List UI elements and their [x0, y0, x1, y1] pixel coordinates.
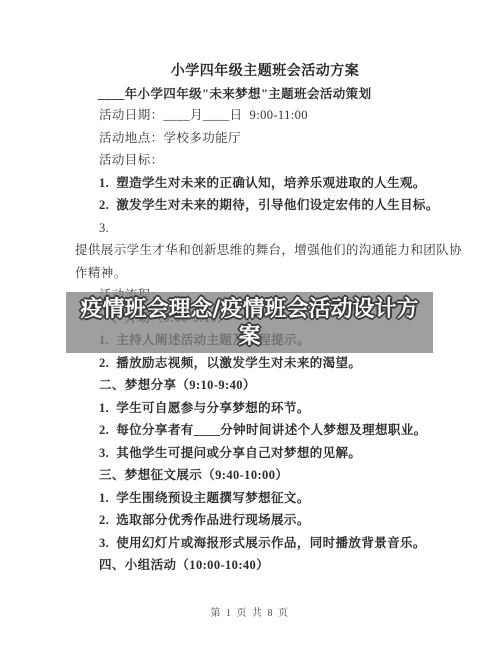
- doc-line-section-3-item-3: 3. 使用幻灯片或海报形式展示作品，同时播放背景音乐。: [99, 536, 426, 550]
- document-page: 小学四年级主题班会活动方案 ____年小学四年级"未来梦想"主题班会活动策划 活…: [0, 0, 500, 647]
- doc-subtitle: ____年小学四年级"未来梦想"主题班会活动策划: [98, 84, 371, 102]
- doc-line-section-2-item-1: 1. 学生可自愿参与分享梦想的环节。: [99, 401, 310, 415]
- doc-line-activity-place: 活动地点：学校多功能厅: [99, 131, 241, 145]
- page-number: 第 1 页 共 8 页: [0, 604, 500, 619]
- doc-line-goal-3-text-cont: 作精神。: [75, 266, 127, 280]
- doc-line-goals-heading: 活动目标：: [99, 153, 164, 167]
- doc-line-activity-date: 活动日期：____月____日 9:00-11:00: [99, 108, 308, 122]
- doc-line-section-2-item-3: 3. 其他学生可提问或分享自己对梦想的见解。: [99, 446, 361, 460]
- doc-line-goal-3-text: 提供展示学生才华和创新思维的舞台，增强他们的沟通能力和团队协: [75, 243, 462, 257]
- doc-line-section-3-item-2: 2. 选取部分优秀作品进行现场展示。: [99, 513, 310, 527]
- doc-line-goal-2: 2. 激发学生对未来的期待，引导他们设定宏伟的人生目标。: [99, 198, 439, 212]
- watermark-band: 疫情班会理念/疫情班会活动设计方 案: [66, 292, 433, 353]
- doc-line-section-4: 四、小组活动（10:00-10:40）: [99, 558, 269, 572]
- doc-line-section-2-item-2: 2. 每位分享者有____分钟时间讲述个人梦想及理想职业。: [99, 423, 427, 437]
- doc-title: 小学四年级主题班会活动方案: [100, 60, 430, 80]
- watermark-text-line1: 疫情班会理念/疫情班会活动设计方: [80, 296, 418, 323]
- watermark-text-line2: 案: [238, 323, 260, 350]
- doc-line-goal-3-marker: 3.: [99, 221, 109, 235]
- doc-line-section-3: 三、梦想征文展示（9:40-10:00）: [99, 468, 288, 482]
- doc-line-section-2: 二、梦想分享（9:10-9:40）: [99, 378, 256, 392]
- doc-line-goal-1: 1. 塑造学生对未来的正确认知，培养乐观进取的人生观。: [99, 176, 426, 190]
- doc-line-section-3-item-1: 1. 学生围绕预设主题撰写梦想征文。: [99, 491, 310, 505]
- doc-line-section-1-item-2: 2. 播放励志视频，以激发学生对未来的渴望。: [99, 356, 361, 370]
